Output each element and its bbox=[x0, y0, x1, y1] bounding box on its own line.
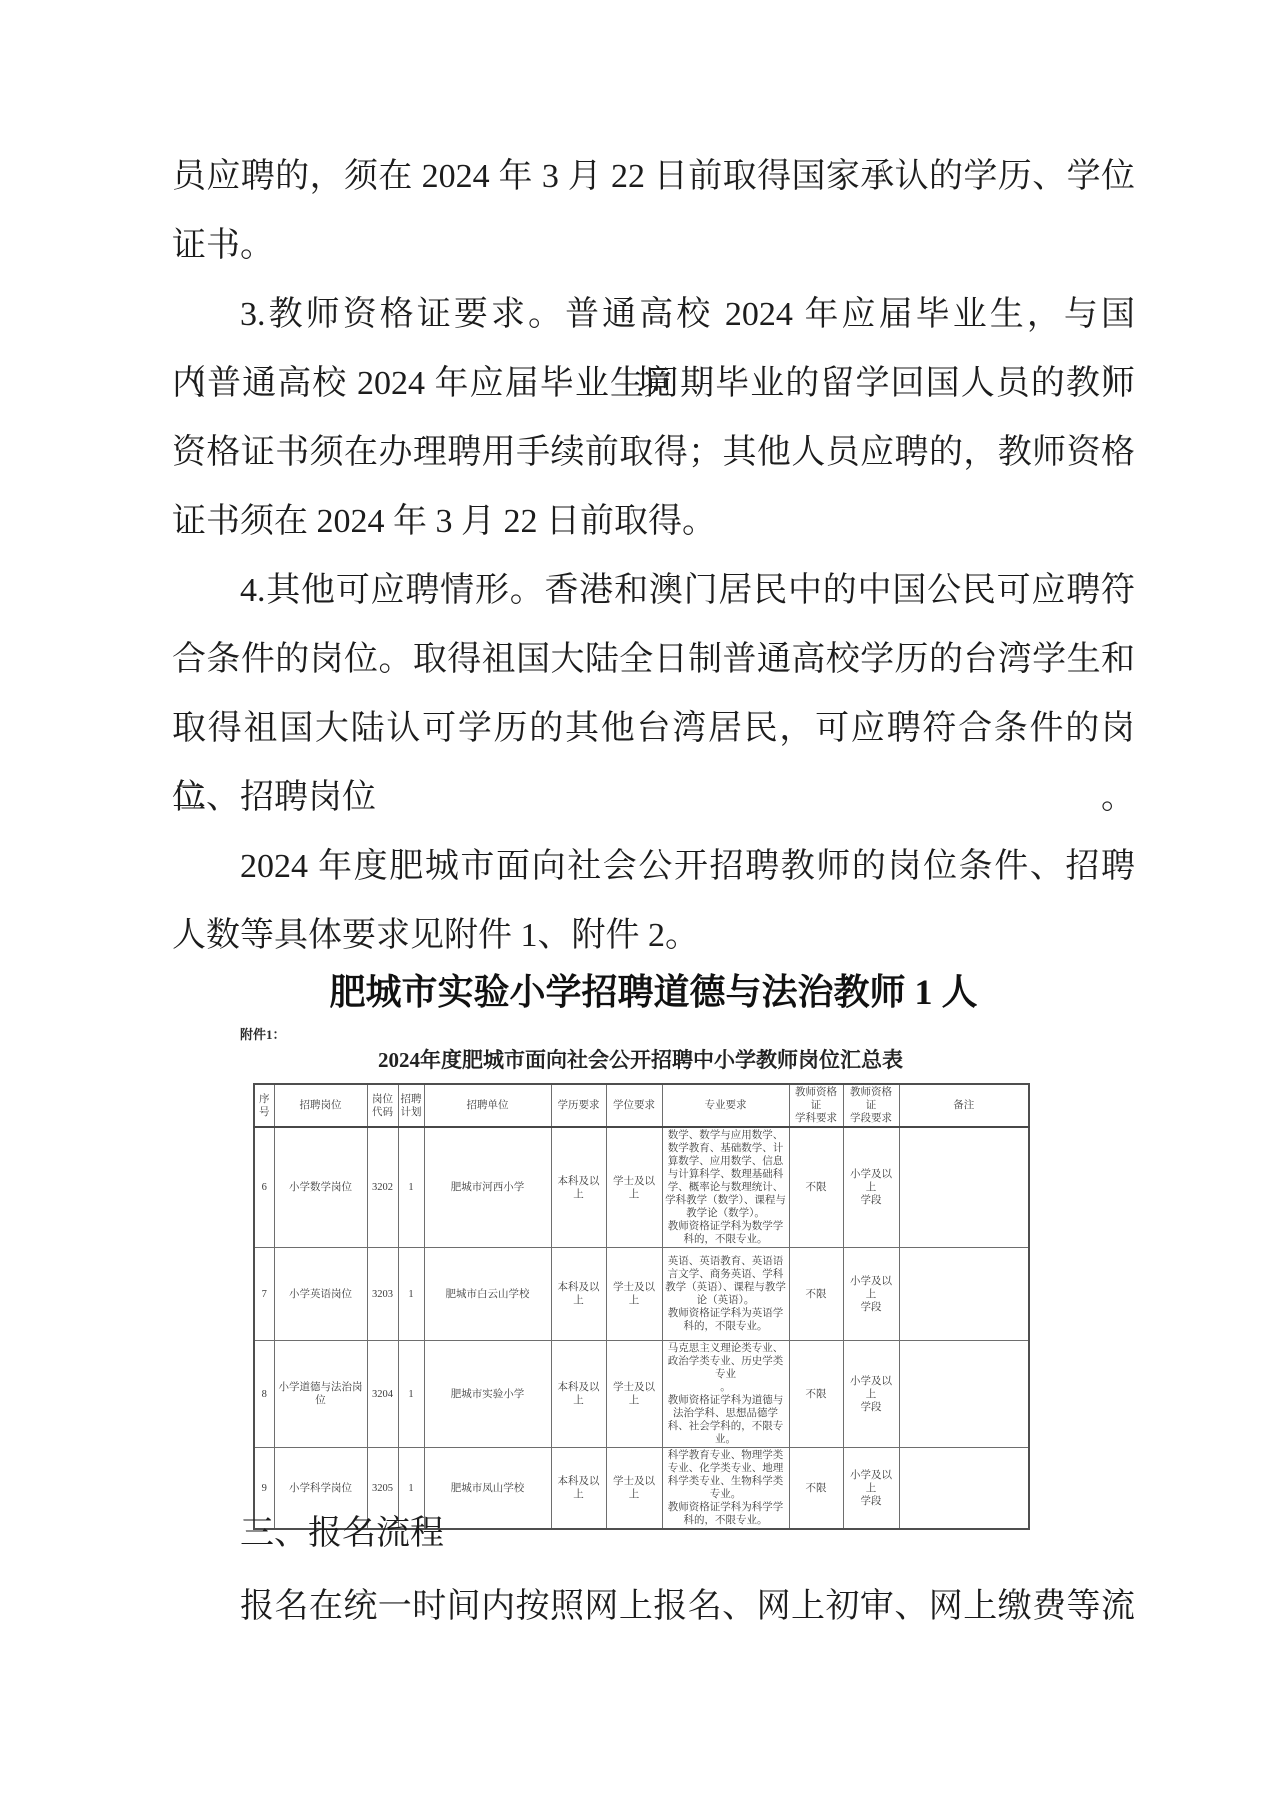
table-title: 2024年度肥城市面向社会公开招聘中小学教师岗位汇总表 bbox=[253, 1044, 1028, 1074]
header-cell: 备注 bbox=[899, 1084, 1029, 1127]
header-cell: 专业要求 bbox=[662, 1084, 789, 1127]
attachment-label: 附件1： bbox=[240, 1024, 286, 1043]
body-line: 2024 年度肥城市面向社会公开招聘教师的岗位条件、招聘 bbox=[172, 832, 1135, 901]
cell-degree: 本科及以上 bbox=[551, 1341, 606, 1448]
cell-seq: 8 bbox=[254, 1341, 274, 1448]
document-page: 员应聘的，须在 2024 年 3 月 22 日前取得国家承认的学历、学位 证书。… bbox=[0, 0, 1280, 1810]
header-cell: 学位要求 bbox=[606, 1084, 662, 1127]
section-heading-3: 三、报名流程 bbox=[172, 1497, 1135, 1570]
header-cell: 招聘 计划 bbox=[398, 1084, 424, 1127]
cell-remark bbox=[899, 1127, 1029, 1248]
body-line: 资格证书须在办理聘用手续前取得；其他人员应聘的，教师资格 bbox=[172, 418, 1135, 487]
body-line: 合条件的岗位。取得祖国大陆全日制普通高校学历的台湾学生和 bbox=[172, 625, 1135, 694]
cell-cert-subject: 不限 bbox=[789, 1127, 843, 1248]
header-cell: 教师资格证 学段要求 bbox=[843, 1084, 899, 1127]
cell-unit: 肥城市白云山学校 bbox=[424, 1248, 551, 1341]
cell-degree: 本科及以上 bbox=[551, 1248, 606, 1341]
header-cell: 招聘岗位 bbox=[274, 1084, 367, 1127]
cell-major: 数学、数学与应用数学、数学教育、基础数学、计算数学、应用数学、信息与计算科学、数… bbox=[662, 1127, 789, 1248]
header-cell: 岗位 代码 bbox=[367, 1084, 398, 1127]
table-row: 8 小学道德与法治岗位 3204 1 肥城市实验小学 本科及以上 学士及以上 马… bbox=[254, 1341, 1029, 1448]
cell-remark bbox=[899, 1248, 1029, 1341]
cell-cert-stage: 小学及以上 学段 bbox=[843, 1248, 899, 1341]
body-line: 4.其他可应聘情形。香港和澳门居民中的中国公民可应聘符 bbox=[172, 556, 1135, 625]
cell-cert-subject: 不限 bbox=[789, 1248, 843, 1341]
body-text: 员应聘的，须在 2024 年 3 月 22 日前取得国家承认的学历、学位 证书。… bbox=[172, 142, 1135, 970]
cell-plan: 1 bbox=[398, 1248, 424, 1341]
body-line: 人数等具体要求见附件 1、附件 2。 bbox=[172, 901, 1135, 970]
cell-major: 英语、英语教育、英语语言文学、商务英语、学科教学（英语）、课程与教学论（英语）。… bbox=[662, 1248, 789, 1341]
body-line: 员应聘的，须在 2024 年 3 月 22 日前取得国家承认的学历、学位 bbox=[172, 142, 1135, 211]
body-line: 证书须在 2024 年 3 月 22 日前取得。 bbox=[172, 487, 1135, 556]
header-cell: 学历要求 bbox=[551, 1084, 606, 1127]
cell-degree: 本科及以上 bbox=[551, 1127, 606, 1248]
cell-cert-stage: 小学及以上 学段 bbox=[843, 1341, 899, 1448]
job-summary-table: 序号 招聘岗位 岗位 代码 招聘 计划 招聘单位 学历要求 学位要求 专业要求 … bbox=[253, 1083, 1030, 1530]
cell-cert-stage: 小学及以上 学段 bbox=[843, 1127, 899, 1248]
cell-plan: 1 bbox=[398, 1341, 424, 1448]
cell-code: 3202 bbox=[367, 1127, 398, 1248]
body-line: 取得祖国大陆认可学历的其他台湾居民，可应聘符合条件的岗位。 bbox=[172, 694, 1135, 763]
cell-code: 3204 bbox=[367, 1341, 398, 1448]
cell-post: 小学英语岗位 bbox=[274, 1248, 367, 1341]
cell-unit: 肥城市河西小学 bbox=[424, 1127, 551, 1248]
cell-diploma: 学士及以上 bbox=[606, 1341, 662, 1448]
body-line: 内普通高校 2024 年应届毕业生同期毕业的留学回国人员的教师 bbox=[172, 349, 1135, 418]
cell-plan: 1 bbox=[398, 1127, 424, 1248]
body-line: 报名在统一时间内按照网上报名、网上初审、网上缴费等流 bbox=[172, 1570, 1135, 1643]
cell-unit: 肥城市实验小学 bbox=[424, 1341, 551, 1448]
cell-cert-subject: 不限 bbox=[789, 1341, 843, 1448]
table-header-row: 序号 招聘岗位 岗位 代码 招聘 计划 招聘单位 学历要求 学位要求 专业要求 … bbox=[254, 1084, 1029, 1127]
header-cell: 招聘单位 bbox=[424, 1084, 551, 1127]
cell-code: 3203 bbox=[367, 1248, 398, 1341]
cell-remark bbox=[899, 1341, 1029, 1448]
body-line: 3.教师资格证要求。普通高校 2024 年应届毕业生，与国（境） bbox=[172, 280, 1135, 349]
cell-diploma: 学士及以上 bbox=[606, 1248, 662, 1341]
header-cell: 教师资格证 学科要求 bbox=[789, 1084, 843, 1127]
table-row: 7 小学英语岗位 3203 1 肥城市白云山学校 本科及以上 学士及以上 英语、… bbox=[254, 1248, 1029, 1341]
cell-diploma: 学士及以上 bbox=[606, 1127, 662, 1248]
cell-post: 小学道德与法治岗位 bbox=[274, 1341, 367, 1448]
cell-post: 小学数学岗位 bbox=[274, 1127, 367, 1248]
cell-major: 马克思主义理论类专业、政治学类专业、历史学类专业 。 教师资格证学科为道德与法治… bbox=[662, 1341, 789, 1448]
cell-seq: 7 bbox=[254, 1248, 274, 1341]
footer-text: 三、报名流程 报名在统一时间内按照网上报名、网上初审、网上缴费等流 bbox=[172, 1497, 1135, 1643]
table-row: 6 小学数学岗位 3202 1 肥城市河西小学 本科及以上 学士及以上 数学、数… bbox=[254, 1127, 1029, 1248]
recruit-heading: 肥城市实验小学招聘道德与法治教师 1 人 bbox=[172, 962, 1135, 1022]
header-cell: 序号 bbox=[254, 1084, 274, 1127]
cell-seq: 6 bbox=[254, 1127, 274, 1248]
body-line: 证书。 bbox=[172, 211, 1135, 280]
